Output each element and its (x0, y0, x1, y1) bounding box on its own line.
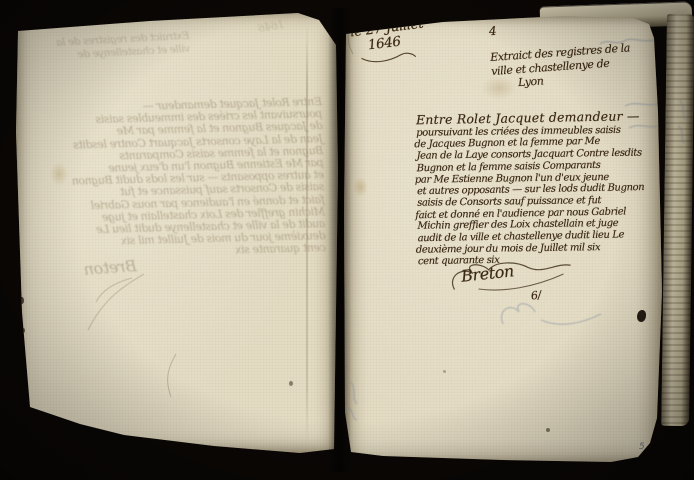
bleedthrough-header: Extraict des registres de la ville et ch… (27, 30, 190, 64)
paper-speck (22, 328, 25, 333)
paper-speck (289, 381, 293, 386)
blue-bleed-mark (598, 34, 660, 50)
bleedthrough-signature-flourish (72, 268, 162, 338)
right-page: le 27 Juillet 1646 4 Extraict des regist… (343, 12, 665, 468)
paper-stain (353, 177, 368, 197)
gutter-shadow (328, 8, 352, 472)
paper-speck (443, 370, 446, 373)
paper-speck (546, 428, 550, 432)
blue-bleed-mark (675, 96, 692, 146)
scratch-mark (160, 352, 182, 400)
folio-mark: 4 (489, 24, 497, 38)
right-page-number: 5 (639, 442, 645, 452)
ink-blot (637, 310, 646, 322)
bleedthrough-corner-mark: 1646 (257, 18, 285, 35)
blue-bleed-mark (493, 294, 605, 342)
paper-smudge (481, 76, 517, 100)
left-page-folio-number: 4 (52, 436, 58, 445)
paper-speck (20, 297, 24, 304)
page-stack-edge-right (661, 14, 694, 426)
blue-bleed-mark (621, 98, 663, 142)
left-page: Extraict des registres de la ville et ch… (14, 12, 338, 456)
manuscript-scan: Extraict des registres de la ville et ch… (0, 0, 694, 480)
paper-stain (50, 162, 68, 186)
date-annotation: le 27 Juillet 1646 (349, 17, 425, 56)
signature: Breton (460, 261, 515, 285)
